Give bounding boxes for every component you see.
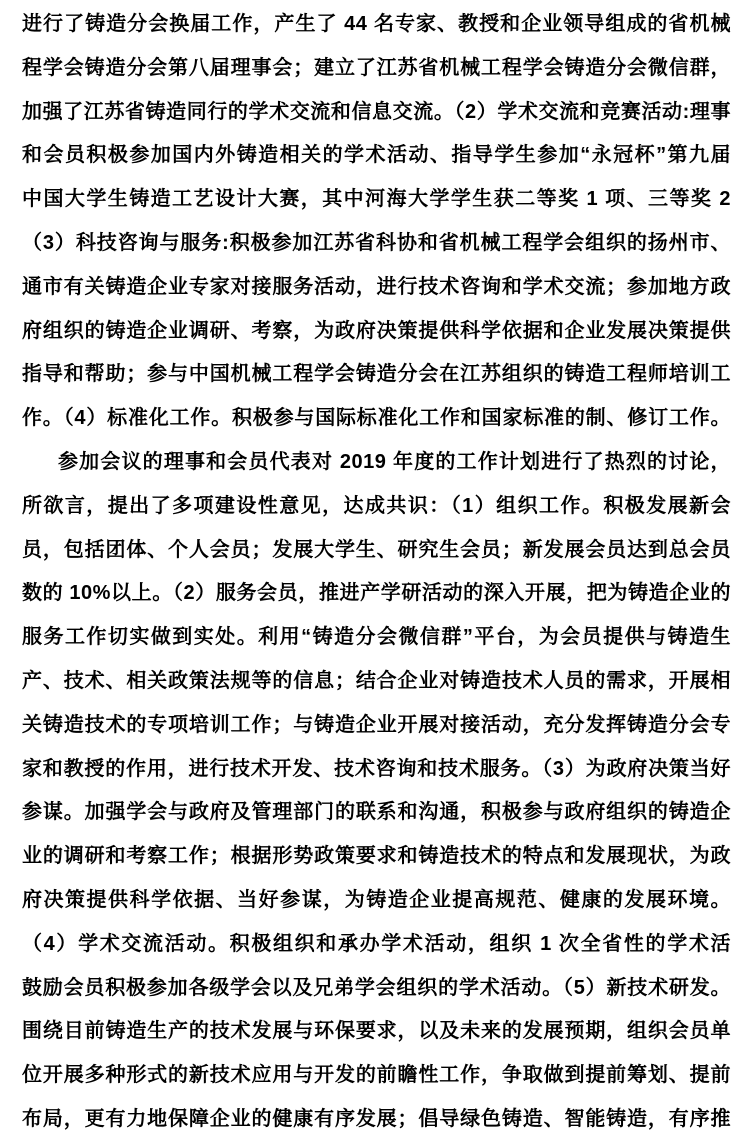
text-line: 服务工作切实做到实处。利用“铸造分会微信群”平台，为会员提供与铸造生 — [22, 616, 731, 660]
text-line: 程学会铸造分会第八届理事会；建立了江苏省机械工程学会铸造分会微信群， — [22, 47, 731, 91]
text-line: （4）学术交流活动。积极组织和承办学术活动，组织 1 次全省性的学术活动； — [22, 923, 731, 967]
text-line: 中国大学生铸造工艺设计大赛，其中河海大学学生获二等奖 1 项、三等奖 2 项。 — [22, 178, 731, 222]
text-line: （3）科技咨询与服务:积极参加江苏省科协和省机械工程学会组织的扬州市、南 — [22, 222, 731, 266]
text-line: 和会员积极参加国内外铸造相关的学术活动、指导学生参加“永冠杯”第九届 — [22, 134, 731, 178]
text-line: 数的 10%以上。（2）服务会员，推进产学研活动的深入开展，把为铸造企业的 — [22, 572, 731, 616]
text-line: 员，包括团体、个人会员；发展大学生、研究生会员；新发展会员达到总会员 — [22, 529, 731, 573]
text-line: 位开展多种形式的新技术应用与开发的前瞻性工作，争取做到提前筹划、提前 — [22, 1054, 731, 1098]
text-line: 进行了铸造分会换届工作，产生了 44 名专家、教授和企业领导组成的省机械工 — [22, 3, 731, 47]
text-line: 鼓励会员积极参加各级学会以及兄弟学会组织的学术活动。（5）新技术研发。 — [22, 967, 731, 1011]
document-page: 进行了铸造分会换届工作，产生了 44 名专家、教授和企业领导组成的省机械工程学会… — [0, 0, 745, 1142]
text-line: 府决策提供科学依据、当好参谋，为铸造企业提高规范、健康的发展环境。 — [22, 879, 731, 923]
text-line: 产、技术、相关政策法规等的信息；结合企业对铸造技术人员的需求，开展相 — [22, 660, 731, 704]
text-line: 围绕目前铸造生产的技术发展与环保要求，以及未来的发展预期，组织会员单 — [22, 1010, 731, 1054]
text-line: 布局，更有力地保障企业的健康有序发展；倡导绿色铸造、智能铸造，有序推 — [22, 1098, 731, 1142]
text-body: 进行了铸造分会换届工作，产生了 44 名专家、教授和企业领导组成的省机械工程学会… — [22, 3, 731, 1142]
text-line: 参谋。加强学会与政府及管理部门的联系和沟通，积极参与政府组织的铸造企 — [22, 791, 731, 835]
text-line: 参加会议的理事和会员代表对 2019 年度的工作计划进行了热烈的讨论，畅 — [22, 441, 731, 485]
text-line: 家和教授的作用，进行技术开发、技术咨询和技术服务。（3）为政府决策当好 — [22, 748, 731, 792]
text-line: 业的调研和考察工作；根据形势政策要求和铸造技术的特点和发展现状，为政 — [22, 835, 731, 879]
text-line: 指导和帮助；参与中国机械工程学会铸造分会在江苏组织的铸造工程师培训工 — [22, 353, 731, 397]
text-line: 通市有关铸造企业专家对接服务活动，进行技术咨询和学术交流；参加地方政 — [22, 266, 731, 310]
text-line: 作。（4）标准化工作。积极参与国际标准化工作和国家标准的制、修订工作。 — [22, 397, 731, 441]
text-line: 关铸造技术的专项培训工作；与铸造企业开展对接活动，充分发挥铸造分会专 — [22, 704, 731, 748]
text-line: 所欲言，提出了多项建设性意见，达成共识：（1）组织工作。积极发展新会 — [22, 485, 731, 529]
text-line: 加强了江苏省铸造同行的学术交流和信息交流。（2）学术交流和竞赛活动:理事 — [22, 91, 731, 135]
text-line: 府组织的铸造企业调研、考察，为政府决策提供科学依据和企业发展决策提供 — [22, 310, 731, 354]
